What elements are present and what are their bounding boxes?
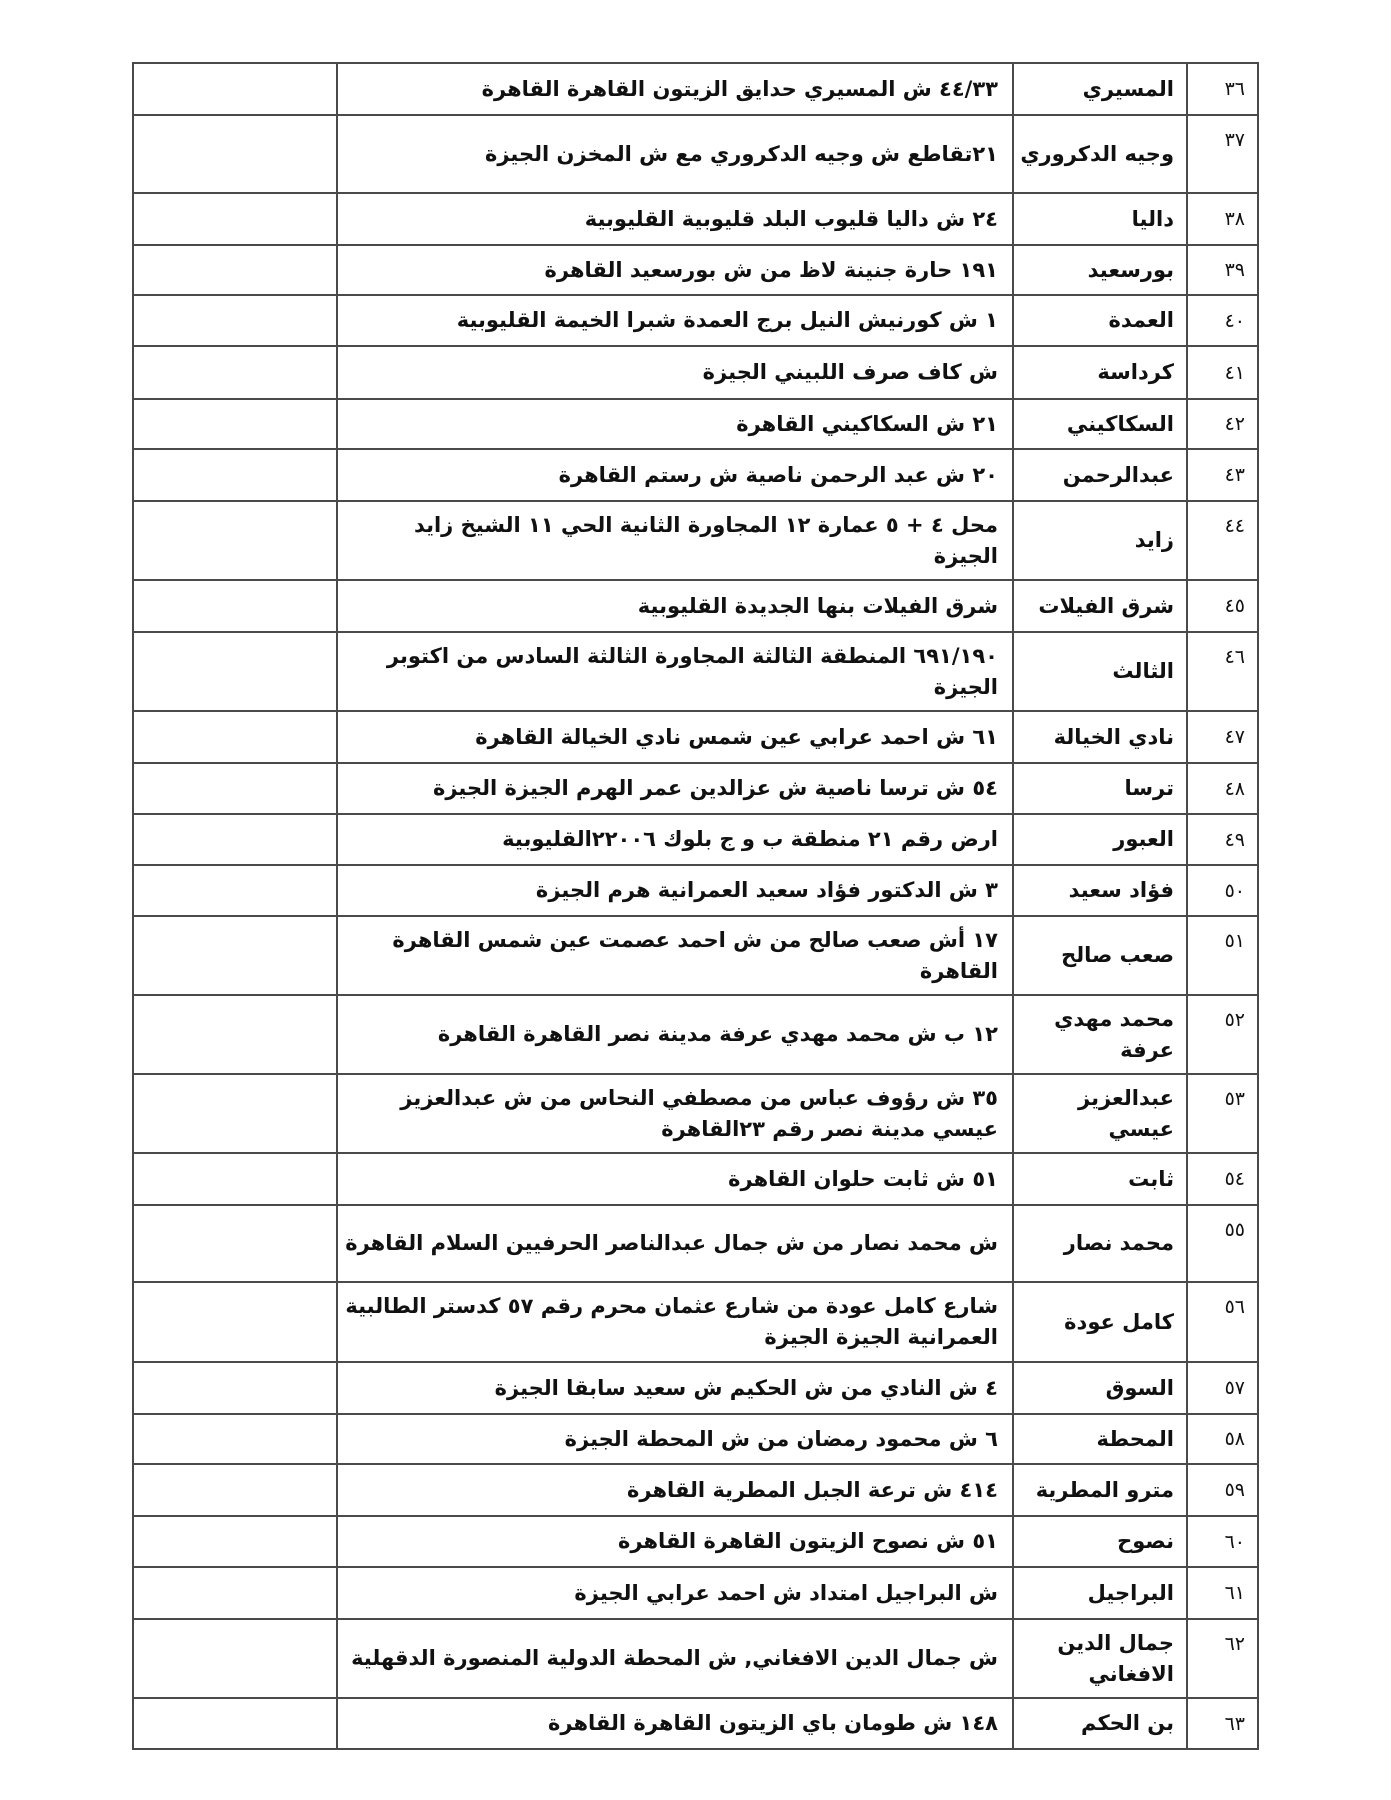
notes-cell xyxy=(133,1205,337,1282)
table-row: شرق الفيلات بنها الجديدة القليوبيةشرق ال… xyxy=(133,580,1258,632)
branch-name-cell: ثابت xyxy=(1013,1153,1187,1205)
notes-cell xyxy=(133,449,337,501)
address-cell: ش محمد نصار من ش جمال عبدالناصر الحرفيين… xyxy=(337,1205,1013,1282)
row-number-cell: ٣٧ xyxy=(1187,115,1258,193)
branch-name-cell: داليا xyxy=(1013,193,1187,245)
notes-cell xyxy=(133,995,337,1074)
row-number-cell: ٥٦ xyxy=(1187,1282,1258,1362)
table-body: ٤٤/٣٣ ش المسيري حدايق الزيتون القاهرة ال… xyxy=(133,63,1258,1749)
address-cell: ٤ ش النادي من ش الحكيم ش سعيد سابقا الجي… xyxy=(337,1362,1013,1414)
address-cell: ش كاف صرف اللبيني الجيزة xyxy=(337,346,1013,399)
table-row: ١ ش كورنيش النيل برج العمدة شبرا الخيمة … xyxy=(133,295,1258,346)
notes-cell xyxy=(133,193,337,245)
address-cell: ٢١ ش السكاكيني القاهرة xyxy=(337,399,1013,449)
branch-name-cell: شرق الفيلات xyxy=(1013,580,1187,632)
notes-cell xyxy=(133,1414,337,1464)
row-number-cell: ٤٧ xyxy=(1187,711,1258,763)
notes-cell xyxy=(133,115,337,193)
row-number-cell: ٥١ xyxy=(1187,916,1258,995)
row-number-cell: ٤٨ xyxy=(1187,763,1258,814)
row-number-cell: ٦٣ xyxy=(1187,1698,1258,1749)
table-row: ٥١ ش نصوح الزيتون القاهرة القاهرةنصوح٦٠ xyxy=(133,1516,1258,1567)
row-number-cell: ٣٩ xyxy=(1187,245,1258,295)
branch-name-cell: مترو المطرية xyxy=(1013,1464,1187,1516)
row-number-cell: ٦١ xyxy=(1187,1567,1258,1619)
table-row: ١٧ أش صعب صالح من ش احمد عصمت عين شمس ال… xyxy=(133,916,1258,995)
notes-cell xyxy=(133,1619,337,1698)
table-row: ٢١ ش السكاكيني القاهرةالسكاكيني٤٢ xyxy=(133,399,1258,449)
branch-name-cell: ترسا xyxy=(1013,763,1187,814)
branch-name-cell: كامل عودة xyxy=(1013,1282,1187,1362)
row-number-cell: ٥٣ xyxy=(1187,1074,1258,1153)
table-row: ش البراجيل امتداد ش احمد عرابي الجيزةالب… xyxy=(133,1567,1258,1619)
branch-name-cell: عبدالعزيز عيسي xyxy=(1013,1074,1187,1153)
address-cell: ١٢ ب ش محمد مهدي عرفة مدينة نصر القاهرة … xyxy=(337,995,1013,1074)
branch-name-cell: نادي الخيالة xyxy=(1013,711,1187,763)
notes-cell xyxy=(133,916,337,995)
address-cell: ١٤٨ ش طومان باي الزيتون القاهرة القاهرة xyxy=(337,1698,1013,1749)
address-cell: ١٩١ حارة جنينة لاظ من ش بورسعيد القاهرة xyxy=(337,245,1013,295)
notes-cell xyxy=(133,1516,337,1567)
branch-name-cell: وجيه الدكروري xyxy=(1013,115,1187,193)
branch-name-cell: بورسعيد xyxy=(1013,245,1187,295)
address-cell: ٣٥ ش رؤوف عباس من مصطفي النحاس من ش عبدا… xyxy=(337,1074,1013,1153)
branch-name-cell: الثالث xyxy=(1013,632,1187,711)
table-row: ٥٤ ش ترسا ناصية ش عزالدين عمر الهرم الجي… xyxy=(133,763,1258,814)
table-row: ٤ ش النادي من ش الحكيم ش سعيد سابقا الجي… xyxy=(133,1362,1258,1414)
row-number-cell: ٣٨ xyxy=(1187,193,1258,245)
table-row: ٥١ ش ثابت حلوان القاهرةثابت٥٤ xyxy=(133,1153,1258,1205)
branch-name-cell: البراجيل xyxy=(1013,1567,1187,1619)
branch-name-cell: عبدالرحمن xyxy=(1013,449,1187,501)
row-number-cell: ٤٥ xyxy=(1187,580,1258,632)
branch-name-cell: السوق xyxy=(1013,1362,1187,1414)
branch-name-cell: العبور xyxy=(1013,814,1187,865)
notes-cell xyxy=(133,346,337,399)
branch-name-cell: المسيري xyxy=(1013,63,1187,115)
address-cell: ٢١تقاطع ش وجيه الدكروري مع ش المخزن الجي… xyxy=(337,115,1013,193)
table-row: ش جمال الدين الافغاني, ش المحطة الدولية … xyxy=(133,1619,1258,1698)
notes-cell xyxy=(133,501,337,580)
row-number-cell: ٣٦ xyxy=(1187,63,1258,115)
address-cell: ٦٩١/١٩٠ المنطقة الثالثة المجاورة الثالثة… xyxy=(337,632,1013,711)
branch-name-cell: نصوح xyxy=(1013,1516,1187,1567)
table-row: ٦ ش محمود رمضان من ش المحطة الجيزةالمحطة… xyxy=(133,1414,1258,1464)
branch-name-cell: صعب صالح xyxy=(1013,916,1187,995)
table-row: ٤٤/٣٣ ش المسيري حدايق الزيتون القاهرة ال… xyxy=(133,63,1258,115)
notes-cell xyxy=(133,295,337,346)
document-page: ٤٤/٣٣ ش المسيري حدايق الزيتون القاهرة ال… xyxy=(0,0,1391,1800)
notes-cell xyxy=(133,1153,337,1205)
address-cell: شارع كامل عودة من شارع عثمان محرم رقم ٥٧… xyxy=(337,1282,1013,1362)
notes-cell xyxy=(133,1074,337,1153)
notes-cell xyxy=(133,1282,337,1362)
table-row: ٢٠ ش عبد الرحمن ناصية ش رستم القاهرةعبدا… xyxy=(133,449,1258,501)
row-number-cell: ٤٢ xyxy=(1187,399,1258,449)
address-cell: ٤٤/٣٣ ش المسيري حدايق الزيتون القاهرة ال… xyxy=(337,63,1013,115)
row-number-cell: ٤٠ xyxy=(1187,295,1258,346)
row-number-cell: ٤٣ xyxy=(1187,449,1258,501)
address-cell: ارض رقم ٢١ منطقة ب و ج بلوك ٢٢٠٠٦القليوب… xyxy=(337,814,1013,865)
notes-cell xyxy=(133,63,337,115)
address-cell: ٥١ ش نصوح الزيتون القاهرة القاهرة xyxy=(337,1516,1013,1567)
row-number-cell: ٥٩ xyxy=(1187,1464,1258,1516)
notes-cell xyxy=(133,632,337,711)
branch-name-cell: السكاكيني xyxy=(1013,399,1187,449)
address-cell: ٦١ ش احمد عرابي عين شمس نادي الخيالة الق… xyxy=(337,711,1013,763)
notes-cell xyxy=(133,865,337,916)
table-row: ارض رقم ٢١ منطقة ب و ج بلوك ٢٢٠٠٦القليوب… xyxy=(133,814,1258,865)
row-number-cell: ٥٧ xyxy=(1187,1362,1258,1414)
branch-name-cell: كرداسة xyxy=(1013,346,1187,399)
notes-cell xyxy=(133,580,337,632)
address-cell: ٢٠ ش عبد الرحمن ناصية ش رستم القاهرة xyxy=(337,449,1013,501)
notes-cell xyxy=(133,711,337,763)
row-number-cell: ٥٨ xyxy=(1187,1414,1258,1464)
branch-name-cell: محمد نصار xyxy=(1013,1205,1187,1282)
table-row: ش كاف صرف اللبيني الجيزةكرداسة٤١ xyxy=(133,346,1258,399)
address-cell: ٤١٤ ش ترعة الجبل المطرية القاهرة xyxy=(337,1464,1013,1516)
row-number-cell: ٥٤ xyxy=(1187,1153,1258,1205)
table-row: ٢١تقاطع ش وجيه الدكروري مع ش المخزن الجي… xyxy=(133,115,1258,193)
row-number-cell: ٤٤ xyxy=(1187,501,1258,580)
address-cell: ١٧ أش صعب صالح من ش احمد عصمت عين شمس ال… xyxy=(337,916,1013,995)
branch-address-table: ٤٤/٣٣ ش المسيري حدايق الزيتون القاهرة ال… xyxy=(132,62,1259,1750)
table-row: ١٢ ب ش محمد مهدي عرفة مدينة نصر القاهرة … xyxy=(133,995,1258,1074)
table-row: ش محمد نصار من ش جمال عبدالناصر الحرفيين… xyxy=(133,1205,1258,1282)
row-number-cell: ٥٠ xyxy=(1187,865,1258,916)
notes-cell xyxy=(133,1362,337,1414)
table-row: ١٤٨ ش طومان باي الزيتون القاهرة القاهرةب… xyxy=(133,1698,1258,1749)
branch-name-cell: بن الحكم xyxy=(1013,1698,1187,1749)
row-number-cell: ٤٩ xyxy=(1187,814,1258,865)
table-row: ٣٥ ش رؤوف عباس من مصطفي النحاس من ش عبدا… xyxy=(133,1074,1258,1153)
table-row: ١٩١ حارة جنينة لاظ من ش بورسعيد القاهرةب… xyxy=(133,245,1258,295)
address-cell: ش جمال الدين الافغاني, ش المحطة الدولية … xyxy=(337,1619,1013,1698)
table-row: شارع كامل عودة من شارع عثمان محرم رقم ٥٧… xyxy=(133,1282,1258,1362)
table-row: محل ٤ + ٥ عمارة ١٢ المجاورة الثانية الحي… xyxy=(133,501,1258,580)
branch-name-cell: محمد مهدي عرفة xyxy=(1013,995,1187,1074)
row-number-cell: ٦٢ xyxy=(1187,1619,1258,1698)
notes-cell xyxy=(133,814,337,865)
row-number-cell: ٦٠ xyxy=(1187,1516,1258,1567)
row-number-cell: ٤١ xyxy=(1187,346,1258,399)
table-row: ٢٤ ش داليا قليوب البلد قليوبية القليوبية… xyxy=(133,193,1258,245)
table-row: ٦٩١/١٩٠ المنطقة الثالثة المجاورة الثالثة… xyxy=(133,632,1258,711)
notes-cell xyxy=(133,245,337,295)
address-cell: ش البراجيل امتداد ش احمد عرابي الجيزة xyxy=(337,1567,1013,1619)
table-row: ٣ ش الدكتور فؤاد سعيد العمرانية هرم الجي… xyxy=(133,865,1258,916)
notes-cell xyxy=(133,763,337,814)
row-number-cell: ٤٦ xyxy=(1187,632,1258,711)
address-cell: ١ ش كورنيش النيل برج العمدة شبرا الخيمة … xyxy=(337,295,1013,346)
notes-cell xyxy=(133,399,337,449)
address-cell: ٣ ش الدكتور فؤاد سعيد العمرانية هرم الجي… xyxy=(337,865,1013,916)
table-row: ٦١ ش احمد عرابي عين شمس نادي الخيالة الق… xyxy=(133,711,1258,763)
branch-name-cell: فؤاد سعيد xyxy=(1013,865,1187,916)
table-row: ٤١٤ ش ترعة الجبل المطرية القاهرةمترو الم… xyxy=(133,1464,1258,1516)
address-cell: ٥٤ ش ترسا ناصية ش عزالدين عمر الهرم الجي… xyxy=(337,763,1013,814)
address-cell: ٥١ ش ثابت حلوان القاهرة xyxy=(337,1153,1013,1205)
address-cell: شرق الفيلات بنها الجديدة القليوبية xyxy=(337,580,1013,632)
row-number-cell: ٥٢ xyxy=(1187,995,1258,1074)
branch-name-cell: العمدة xyxy=(1013,295,1187,346)
row-number-cell: ٥٥ xyxy=(1187,1205,1258,1282)
branch-name-cell: جمال الدين الافغاني xyxy=(1013,1619,1187,1698)
notes-cell xyxy=(133,1698,337,1749)
address-cell: ٢٤ ش داليا قليوب البلد قليوبية القليوبية xyxy=(337,193,1013,245)
notes-cell xyxy=(133,1567,337,1619)
address-cell: محل ٤ + ٥ عمارة ١٢ المجاورة الثانية الحي… xyxy=(337,501,1013,580)
branch-name-cell: زايد xyxy=(1013,501,1187,580)
address-cell: ٦ ش محمود رمضان من ش المحطة الجيزة xyxy=(337,1414,1013,1464)
notes-cell xyxy=(133,1464,337,1516)
branch-name-cell: المحطة xyxy=(1013,1414,1187,1464)
